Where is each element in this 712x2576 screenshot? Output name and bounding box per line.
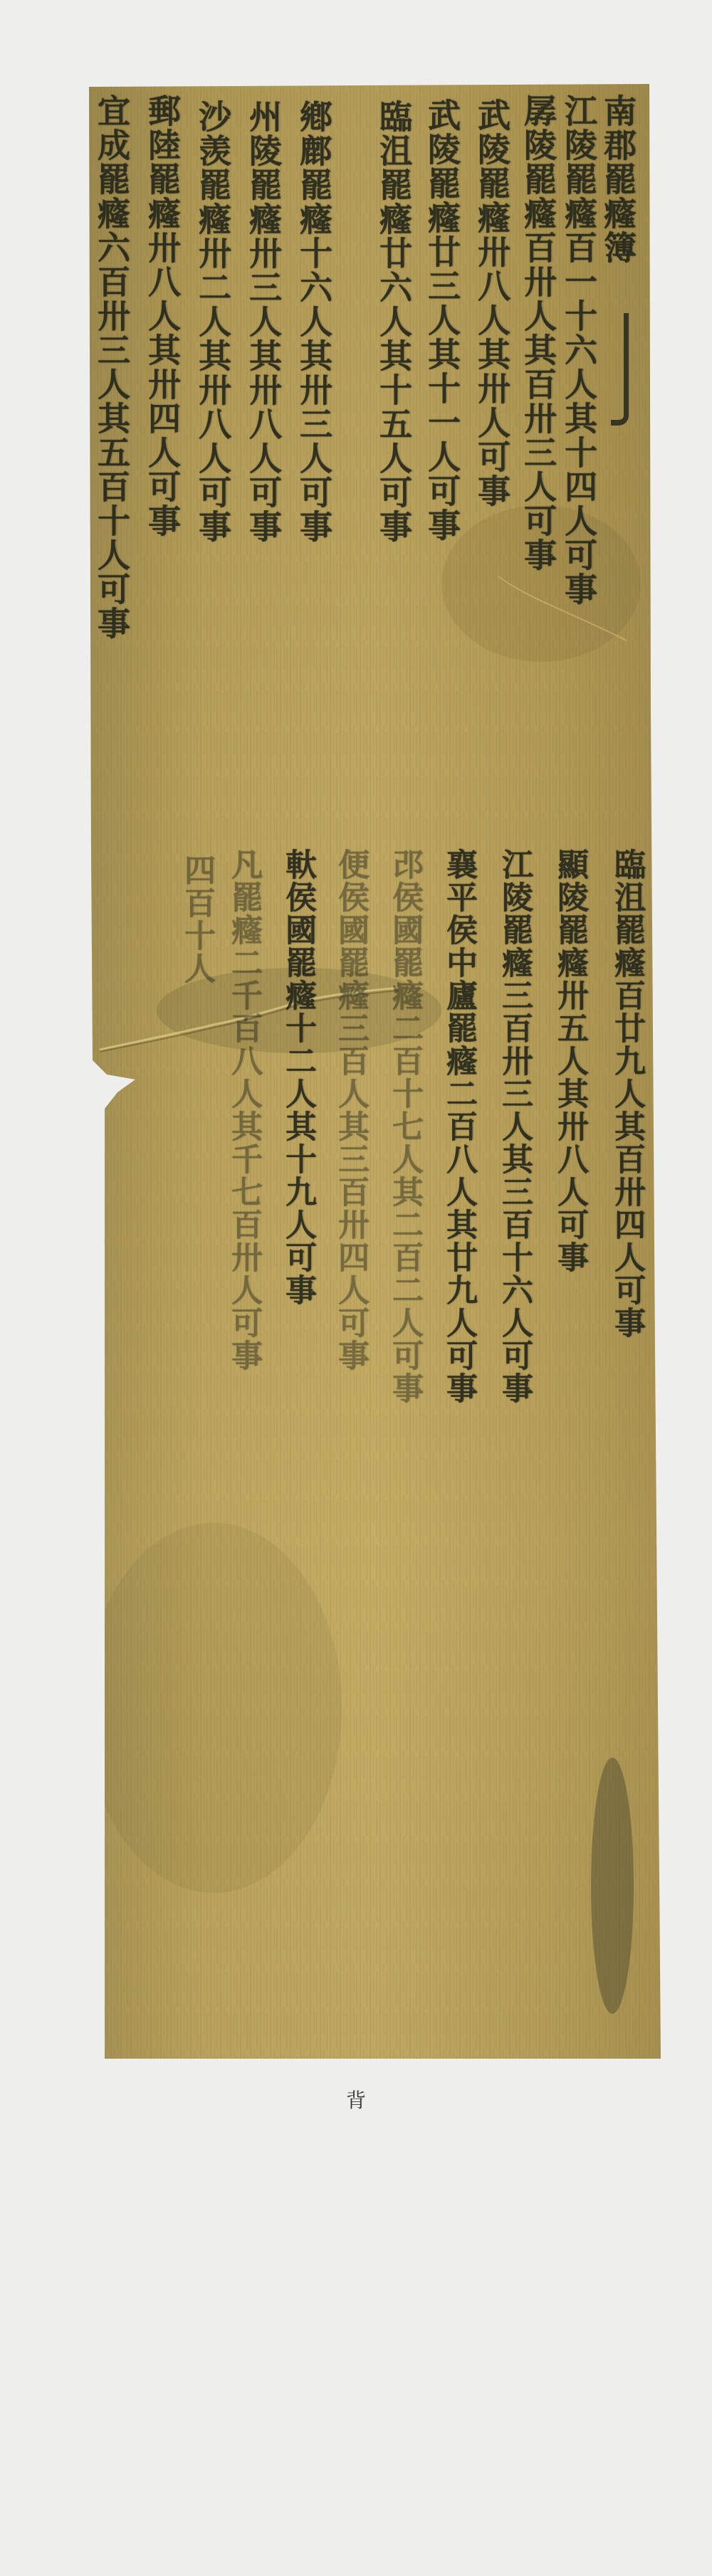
column-lower-entry-5: 邔侯國罷癃二百十七人其二百二人可事 <box>389 848 420 1405</box>
column-entry-5: 臨沮罷癃廿六人其十五人可事 <box>377 100 410 544</box>
wooden-tablet: 南郡罷癃簿 江陵罷癃百一十六人其十四人可事 孱陵罷癃百卅人其百卅三人可事 武陵罷… <box>0 0 712 2576</box>
column-entry-3: 武陵罷癃卅八人其卅人可事 <box>476 98 508 508</box>
column-lower-entry-6: 便侯國罷癃三百人其三百卅四人可事 <box>335 848 366 1372</box>
column-lower-entry-2: 顯陵罷癃卅五人其卅八人可事 <box>554 848 585 1274</box>
column-entry-7: 州陵罷癃卅三人其卅八人可事 <box>247 100 280 544</box>
column-heading-nanjun: 南郡罷癃簿 <box>602 94 634 265</box>
column-entry-2: 孱陵罷癃百卅人其百卅三人可事 <box>522 94 555 572</box>
column-entry-4: 武陵罷癃廿三人其十一人可事 <box>426 98 459 542</box>
figure-caption: 背 <box>0 2085 712 2113</box>
column-entry-9: 郵陸罷癃卅八人其卅四人可事 <box>146 94 179 538</box>
column-lower-entry-4: 襄平侯中廬罷癃二百八人其廿九人可事 <box>443 848 474 1405</box>
column-entry-6: 鄕鄜罷癃十六人其卅三人可事 <box>298 100 330 544</box>
column-lower-entry-7: 軑侯國罷癃十二人其十九人可事 <box>282 848 313 1307</box>
column-entry-10: 宜成罷癃六百卅三人其五百十人可事 <box>95 94 128 640</box>
column-lower-fragment: 四百十人 <box>181 854 212 985</box>
column-lower-entry-3: 江陵罷癃三百卅三人其三百十六人可事 <box>498 848 530 1405</box>
column-entry-8: 沙羡罷癃卅二人其卅八人可事 <box>197 100 229 544</box>
column-entry-1: 江陵罷癃百一十六人其十四人可事 <box>562 94 595 606</box>
column-lower-total: 凡罷癃二千百八人其千七百卅人可事 <box>228 848 259 1372</box>
heading-bracket-mark <box>611 313 629 426</box>
column-lower-entry-1: 臨沮罷癃百廿九人其百卅四人可事 <box>611 848 642 1339</box>
